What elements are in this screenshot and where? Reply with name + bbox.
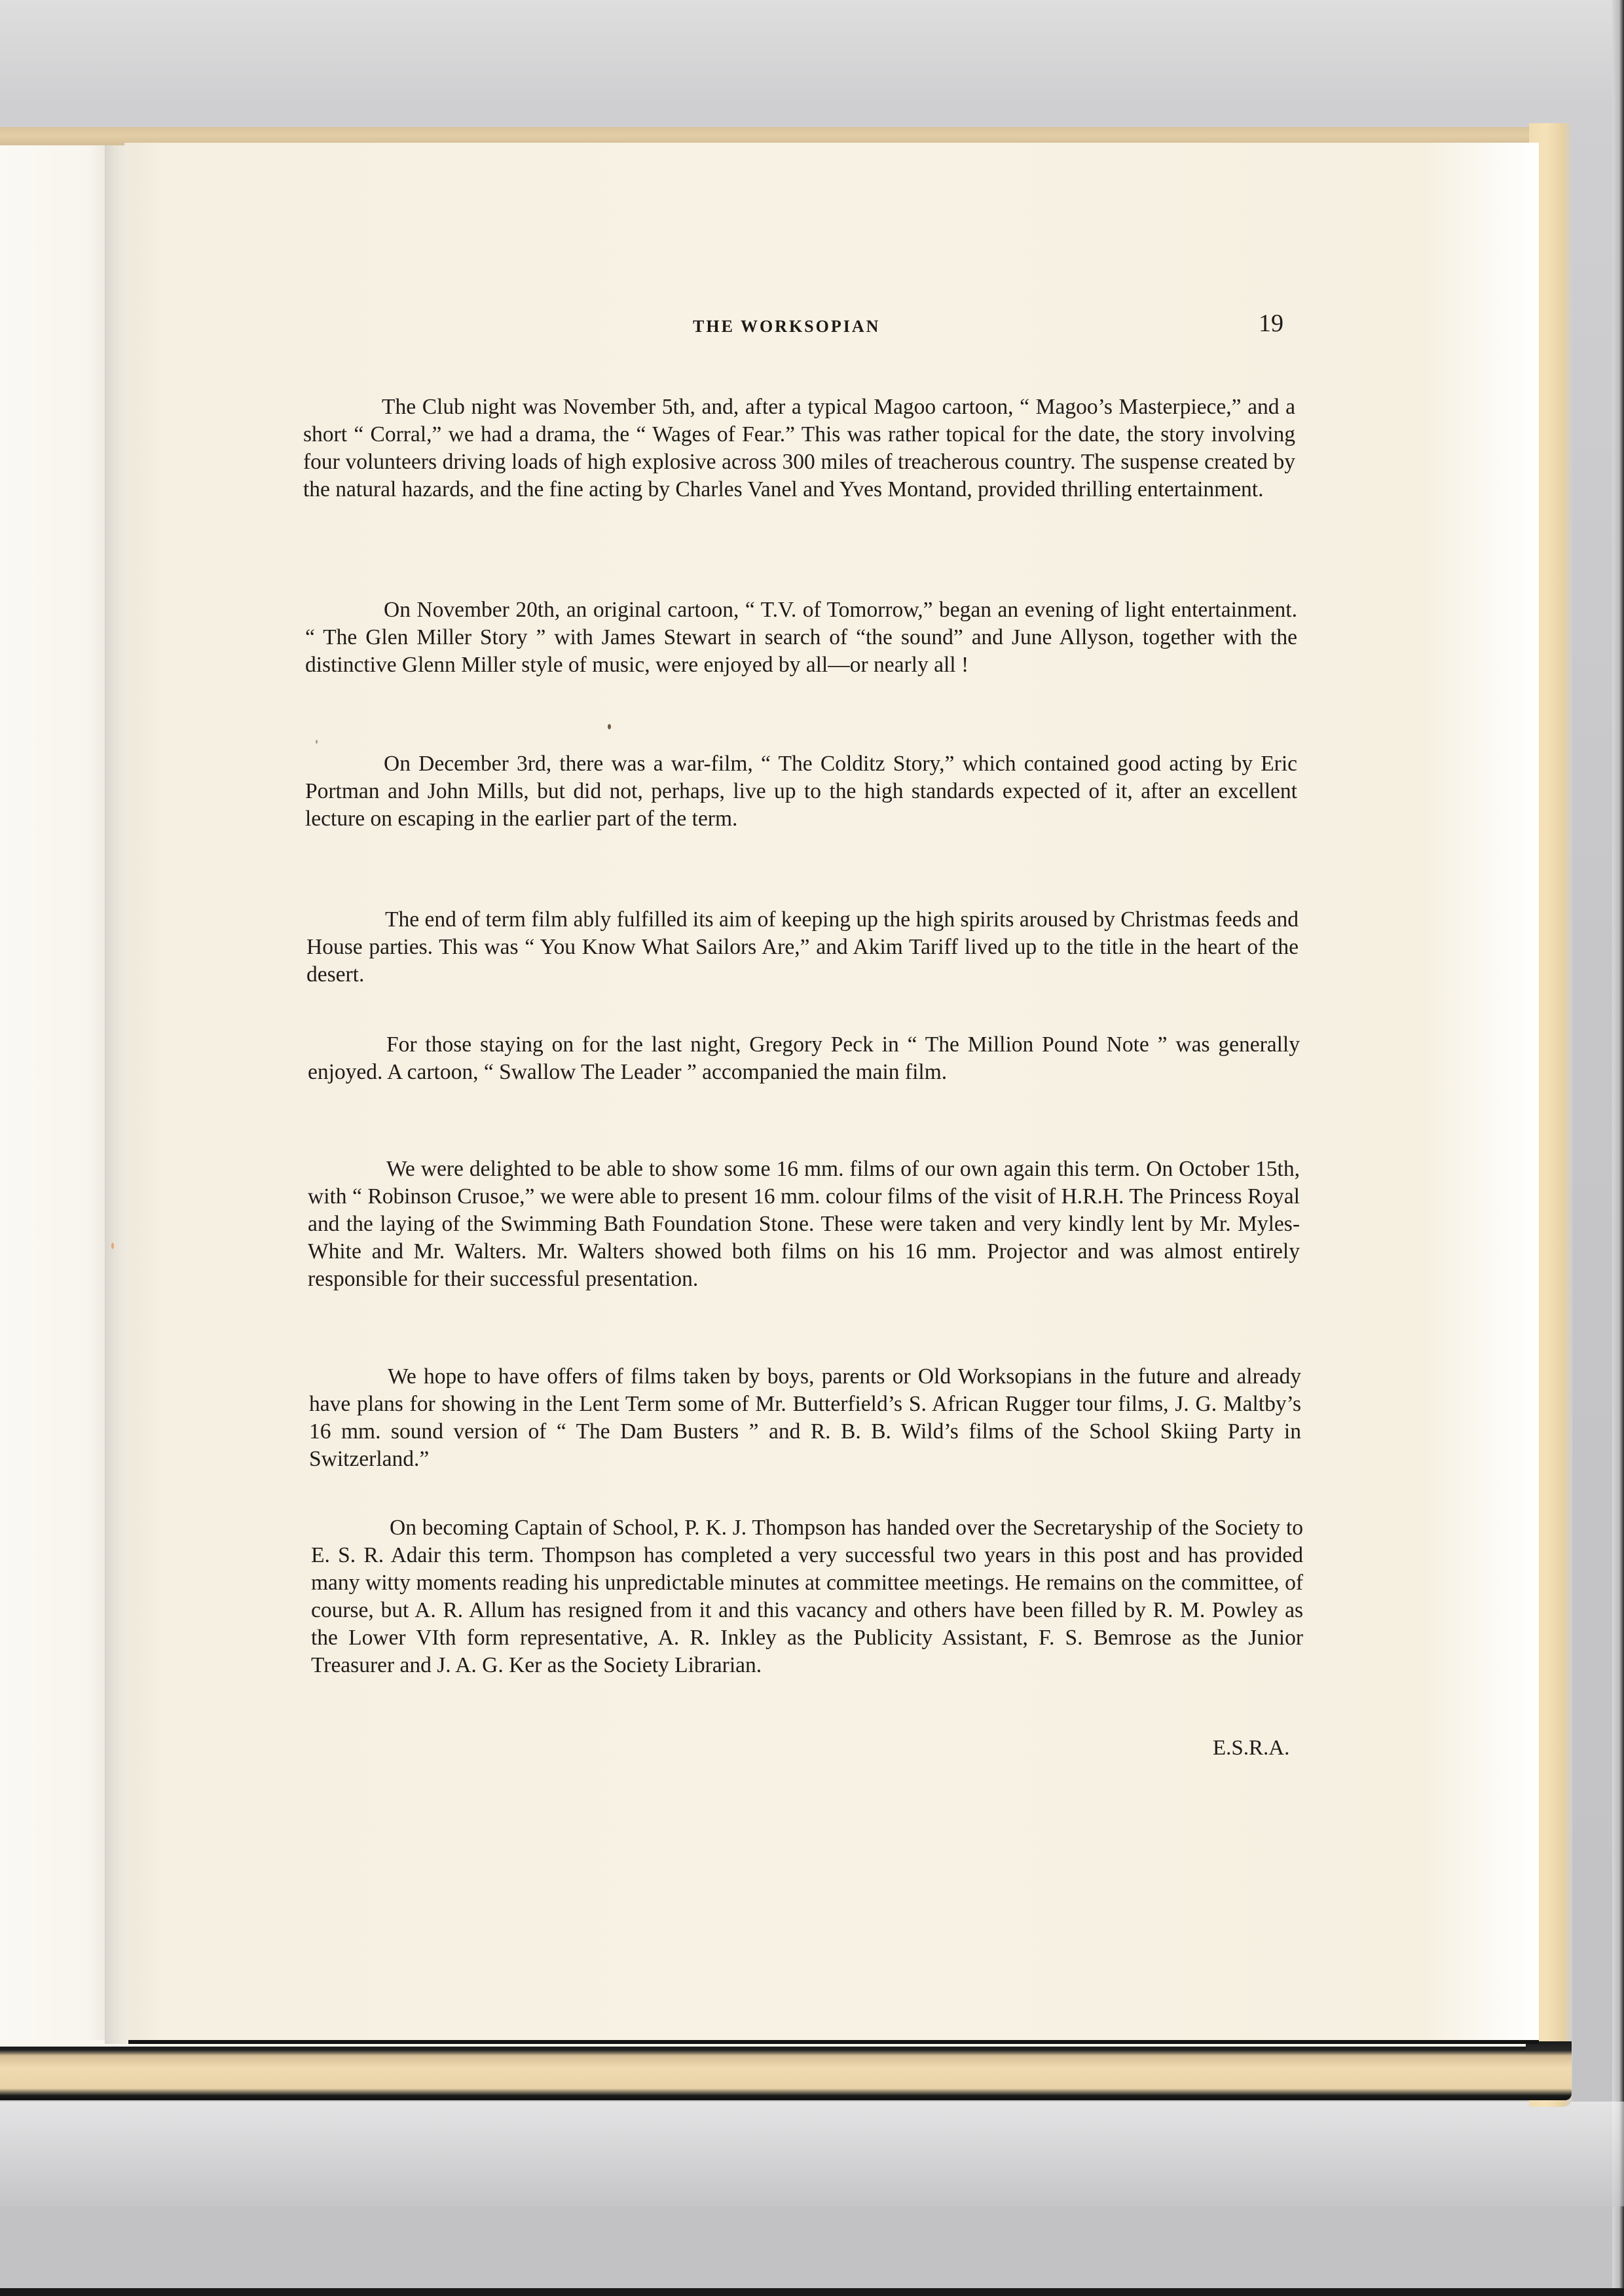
paper-speck — [111, 1243, 114, 1249]
paragraph-text: On November 20th, an original cartoon, “… — [305, 596, 1297, 679]
paragraph-text: We were delighted to be able to show som… — [308, 1156, 1300, 1293]
book-cover-bottom-edge — [0, 2041, 1572, 2100]
running-head: THE WORKSOPIAN — [693, 317, 880, 337]
paragraph-last-night: For those staying on for the last night,… — [308, 1031, 1300, 1086]
paragraph-text: On becoming Captain of School, P. K. J. … — [311, 1514, 1303, 1679]
paragraph-16mm-films: We were delighted to be able to show som… — [308, 1156, 1300, 1293]
paragraph-text: The Club night was November 5th, and, af… — [303, 393, 1295, 503]
paragraph-future-films: We hope to have offers of films taken by… — [309, 1363, 1301, 1473]
paper-speck — [316, 740, 318, 744]
scanner-edge-right — [1612, 0, 1624, 2296]
paragraph-text: For those staying on for the last night,… — [308, 1031, 1300, 1086]
scanner-edge-bottom — [0, 2288, 1624, 2296]
paragraph-december-3: On December 3rd, there was a war-film, “… — [305, 750, 1297, 833]
scanner-glow — [0, 2102, 1624, 2206]
paragraph-text: The end of term film ably fulfilled its … — [306, 906, 1299, 989]
paragraph-november-20: On November 20th, an original cartoon, “… — [305, 596, 1297, 679]
signature: E.S.R.A. — [1213, 1736, 1289, 1760]
paragraph-secretaryship: On becoming Captain of School, P. K. J. … — [311, 1514, 1303, 1679]
book-gutter — [105, 145, 128, 2044]
paper-speck — [608, 724, 611, 729]
paragraph-text: We hope to have offers of films taken by… — [309, 1363, 1301, 1473]
paragraph-club-night: The Club night was November 5th, and, af… — [303, 393, 1295, 503]
left-page — [0, 145, 110, 2044]
paragraph-end-of-term: The end of term film ably fulfilled its … — [306, 906, 1299, 989]
paragraph-text: On December 3rd, there was a war-film, “… — [305, 750, 1297, 833]
page-number: 19 — [1259, 309, 1283, 338]
